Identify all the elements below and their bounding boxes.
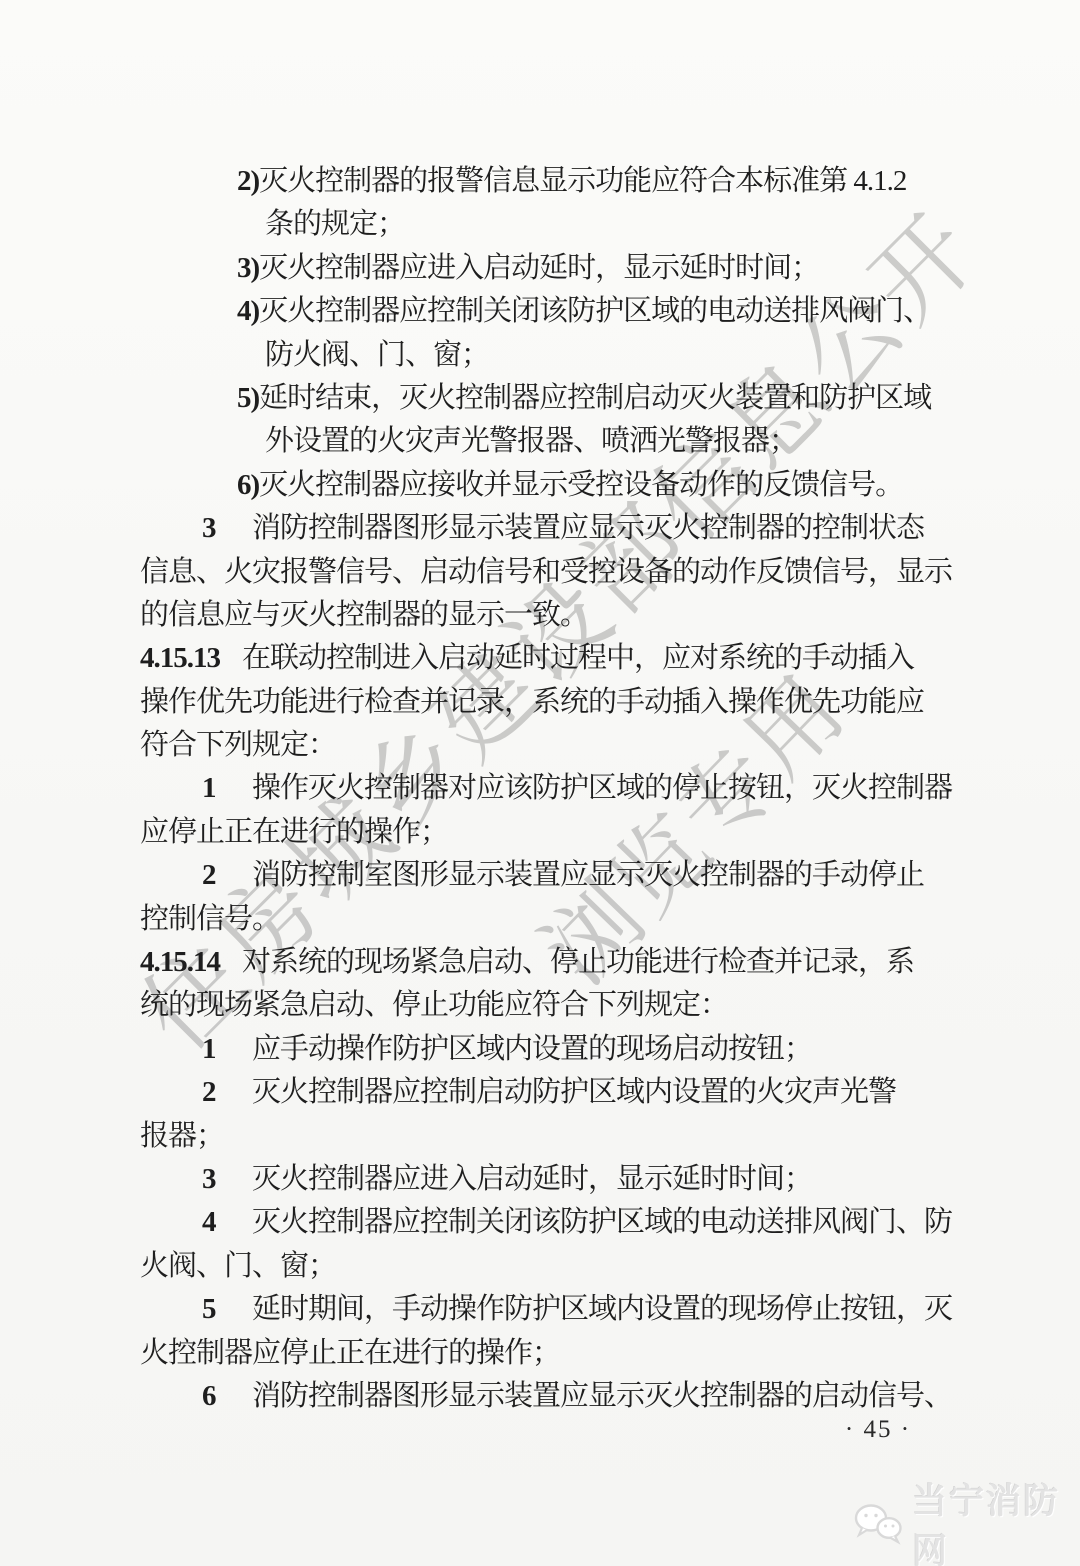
doc-line: 火阀、门、窗； <box>140 1245 950 1288</box>
doc-line: 1操作灭火控制器对应该防护区域的停止按钮，灭火控制器 <box>140 767 950 810</box>
doc-line: 3)灭火控制器应进入启动延时，显示延时时间； <box>140 247 950 290</box>
line-text: 符合下列规定： <box>140 729 336 761</box>
line-number: 1 <box>202 767 220 810</box>
line-number: 5) <box>237 382 259 414</box>
doc-line: 4)灭火控制器应控制关闭该防护区域的电动送排风阀门、 <box>140 290 950 333</box>
line-number: 5 <box>202 1288 220 1331</box>
line-number: 2) <box>237 165 259 197</box>
line-number: 2 <box>202 1071 220 1114</box>
doc-line: 的信息应与灭火控制器的显示一致。 <box>140 594 950 637</box>
doc-line: 操作优先功能进行检查并记录，系统的手动插入操作优先功能应 <box>140 681 950 724</box>
line-number: 4.15.14 <box>140 946 220 978</box>
doc-line: 外设置的火灾声光警报器、喷洒光警报器； <box>140 420 950 463</box>
doc-line: 控制信号。 <box>140 898 950 941</box>
line-text: 消防控制器图形显示装置应显示灭火控制器的控制状态 <box>252 512 924 544</box>
line-text: 消防控制室图形显示装置应显示灭火控制器的手动停止 <box>252 859 924 891</box>
site-logo: 当宁消防网 <box>852 1498 1080 1550</box>
doc-line: 4.15.13在联动控制进入启动延时过程中，应对系统的手动插入 <box>140 637 950 680</box>
line-text: 灭火控制器应控制关闭该防护区域的电动送排风阀门、 <box>259 295 931 327</box>
doc-line: 统的现场紧急启动、停止功能应符合下列规定： <box>140 984 950 1027</box>
doc-line: 符合下列规定： <box>140 724 950 767</box>
doc-line: 3灭火控制器应进入启动延时，显示延时时间； <box>140 1158 950 1201</box>
line-text: 灭火控制器应进入启动延时，显示延时时间； <box>252 1163 812 1195</box>
line-number: 6) <box>237 469 259 501</box>
line-text: 灭火控制器应控制关闭该防护区域的电动送排风阀门、防 <box>252 1206 952 1238</box>
doc-line: 4灭火控制器应控制关闭该防护区域的电动送排风阀门、防 <box>140 1201 950 1244</box>
line-text: 外设置的火灾声光警报器、喷洒光警报器； <box>265 425 797 457</box>
doc-line: 4.15.14对系统的现场紧急启动、停止功能进行检查并记录，系 <box>140 941 950 984</box>
line-number: 4) <box>237 295 259 327</box>
line-text: 控制信号。 <box>140 903 280 935</box>
doc-line: 6消防控制器图形显示装置应显示灭火控制器的启动信号、 <box>140 1375 950 1418</box>
line-number: 3 <box>202 507 220 550</box>
line-text: 应停止正在进行的操作； <box>140 816 448 848</box>
line-number: 2 <box>202 854 220 897</box>
line-text: 灭火控制器应接收并显示受控设备动作的反馈信号。 <box>259 469 903 501</box>
line-number: 3 <box>202 1158 220 1201</box>
line-number: 6 <box>202 1375 220 1418</box>
line-text: 对系统的现场紧急启动、停止功能进行检查并记录，系 <box>242 946 914 978</box>
line-text: 灭火控制器应控制启动防护区域内设置的火灾声光警 <box>252 1076 896 1108</box>
doc-line: 2灭火控制器应控制启动防护区域内设置的火灾声光警 <box>140 1071 950 1114</box>
line-number: 4.15.13 <box>140 642 220 674</box>
line-text: 操作优先功能进行检查并记录，系统的手动插入操作优先功能应 <box>140 686 924 718</box>
document-body: 2)灭火控制器的报警信息显示功能应符合本标准第 4.1.2条的规定；3)灭火控制… <box>140 160 950 1418</box>
line-text: 应手动操作防护区域内设置的现场启动按钮； <box>252 1033 812 1065</box>
line-text: 统的现场紧急启动、停止功能应符合下列规定： <box>140 989 728 1021</box>
line-number: 4 <box>202 1201 220 1244</box>
line-text: 在联动控制进入启动延时过程中，应对系统的手动插入 <box>242 642 914 674</box>
wechat-icon <box>852 1502 904 1546</box>
line-text: 操作灭火控制器对应该防护区域的停止按钮，灭火控制器 <box>252 772 952 804</box>
doc-line: 条的规定； <box>140 203 950 246</box>
doc-line: 应停止正在进行的操作； <box>140 811 950 854</box>
line-text: 消防控制器图形显示装置应显示灭火控制器的启动信号、 <box>252 1380 952 1412</box>
line-text: 的信息应与灭火控制器的显示一致。 <box>140 599 588 631</box>
doc-line: 2消防控制室图形显示装置应显示灭火控制器的手动停止 <box>140 854 950 897</box>
line-text: 报器； <box>140 1120 224 1152</box>
doc-line: 5)延时结束，灭火控制器应控制启动灭火装置和防护区域 <box>140 377 950 420</box>
line-number: 1 <box>202 1028 220 1071</box>
line-text: 灭火控制器应进入启动延时，显示延时时间； <box>259 252 819 284</box>
line-text: 灭火控制器的报警信息显示功能应符合本标准第 4.1.2 <box>259 165 906 197</box>
line-text: 防火阀、门、窗； <box>265 339 489 371</box>
line-text: 条的规定； <box>265 208 405 240</box>
document-page: 住房城乡建设部信息公开 浏览专用 2)灭火控制器的报警信息显示功能应符合本标准第… <box>0 0 1080 1566</box>
line-number: 3) <box>237 252 259 284</box>
doc-line: 1应手动操作防护区域内设置的现场启动按钮； <box>140 1028 950 1071</box>
doc-line: 3消防控制器图形显示装置应显示灭火控制器的控制状态 <box>140 507 950 550</box>
doc-line: 防火阀、门、窗； <box>140 334 950 377</box>
doc-line: 火控制器应停止正在进行的操作； <box>140 1332 950 1375</box>
page-number: · 45 · <box>828 1416 928 1444</box>
doc-line: 5延时期间，手动操作防护区域内设置的现场停止按钮，灭 <box>140 1288 950 1331</box>
line-text: 延时期间，手动操作防护区域内设置的现场停止按钮，灭 <box>252 1293 952 1325</box>
site-logo-text: 当宁消防网 <box>912 1474 1080 1566</box>
doc-line: 6)灭火控制器应接收并显示受控设备动作的反馈信号。 <box>140 464 950 507</box>
doc-line: 报器； <box>140 1115 950 1158</box>
line-text: 火控制器应停止正在进行的操作； <box>140 1337 560 1369</box>
doc-line: 信息、火灾报警信号、启动信号和受控设备的动作反馈信号，显示 <box>140 551 950 594</box>
doc-line: 2)灭火控制器的报警信息显示功能应符合本标准第 4.1.2 <box>140 160 950 203</box>
line-text: 火阀、门、窗； <box>140 1250 336 1282</box>
line-text: 信息、火灾报警信号、启动信号和受控设备的动作反馈信号，显示 <box>140 556 952 588</box>
line-text: 延时结束，灭火控制器应控制启动灭火装置和防护区域 <box>259 382 931 414</box>
